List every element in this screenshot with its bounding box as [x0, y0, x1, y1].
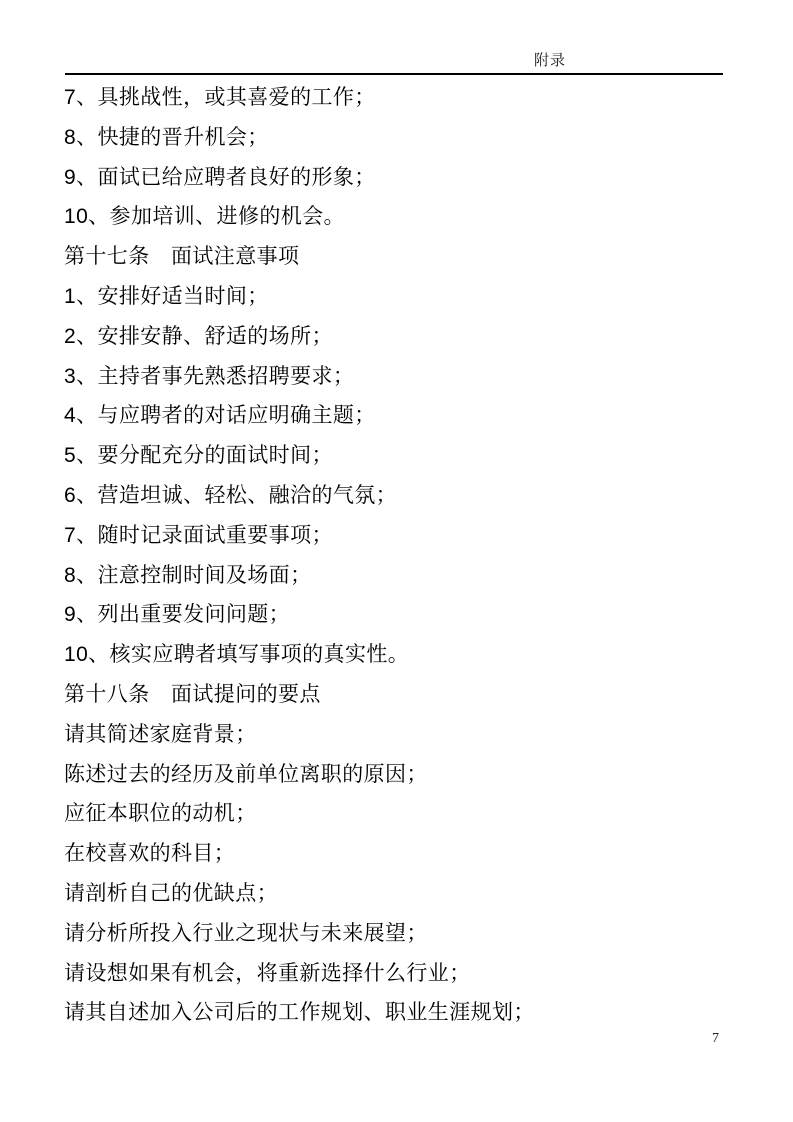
page-number: 7	[712, 1031, 719, 1047]
list-item: 2、安排安静、舒适的场所；	[64, 317, 764, 357]
list-item: 6、营造坦诚、轻松、融洽的气氛；	[64, 476, 764, 516]
paragraph-line: 请分析所投入行业之现状与未来展望；	[64, 914, 764, 954]
paragraph-line: 请其自述加入公司后的工作规划、职业生涯规划；	[64, 993, 764, 1033]
list-item: 7、随时记录面试重要事项；	[64, 516, 764, 556]
list-item: 8、快捷的晋升机会；	[64, 118, 764, 158]
header-label: 附录	[534, 49, 566, 70]
paragraph-line: 请设想如果有机会，将重新选择什么行业；	[64, 954, 764, 994]
paragraph-line: 在校喜欢的科目；	[64, 834, 764, 874]
list-item: 5、要分配充分的面试时间；	[64, 436, 764, 476]
paragraph-line: 陈述过去的经历及前单位离职的原因；	[64, 755, 764, 795]
header-rule-divider	[65, 73, 723, 75]
list-item: 10、参加培训、进修的机会。	[64, 197, 764, 237]
section-heading: 第十七条 面试注意事项	[64, 237, 764, 277]
paragraph-line: 请剖析自己的优缺点；	[64, 874, 764, 914]
section-heading: 第十八条 面试提问的要点	[64, 675, 764, 715]
list-item: 8、注意控制时间及场面；	[64, 556, 764, 596]
list-item: 4、与应聘者的对话应明确主题；	[64, 396, 764, 436]
list-item: 9、列出重要发问问题；	[64, 595, 764, 635]
list-item: 7、具挑战性，或其喜爱的工作；	[64, 78, 764, 118]
paragraph-line: 请其简述家庭背景；	[64, 715, 764, 755]
list-item: 10、核实应聘者填写事项的真实性。	[64, 635, 764, 675]
document-page: 附录 7、具挑战性，或其喜爱的工作； 8、快捷的晋升机会； 9、面试已给应聘者良…	[0, 0, 793, 1122]
list-item: 9、面试已给应聘者良好的形象；	[64, 158, 764, 198]
paragraph-line: 应征本职位的动机；	[64, 794, 764, 834]
list-item: 3、主持者事先熟悉招聘要求；	[64, 357, 764, 397]
document-body: 7、具挑战性，或其喜爱的工作； 8、快捷的晋升机会； 9、面试已给应聘者良好的形…	[64, 78, 764, 1033]
list-item: 1、安排好适当时间；	[64, 277, 764, 317]
